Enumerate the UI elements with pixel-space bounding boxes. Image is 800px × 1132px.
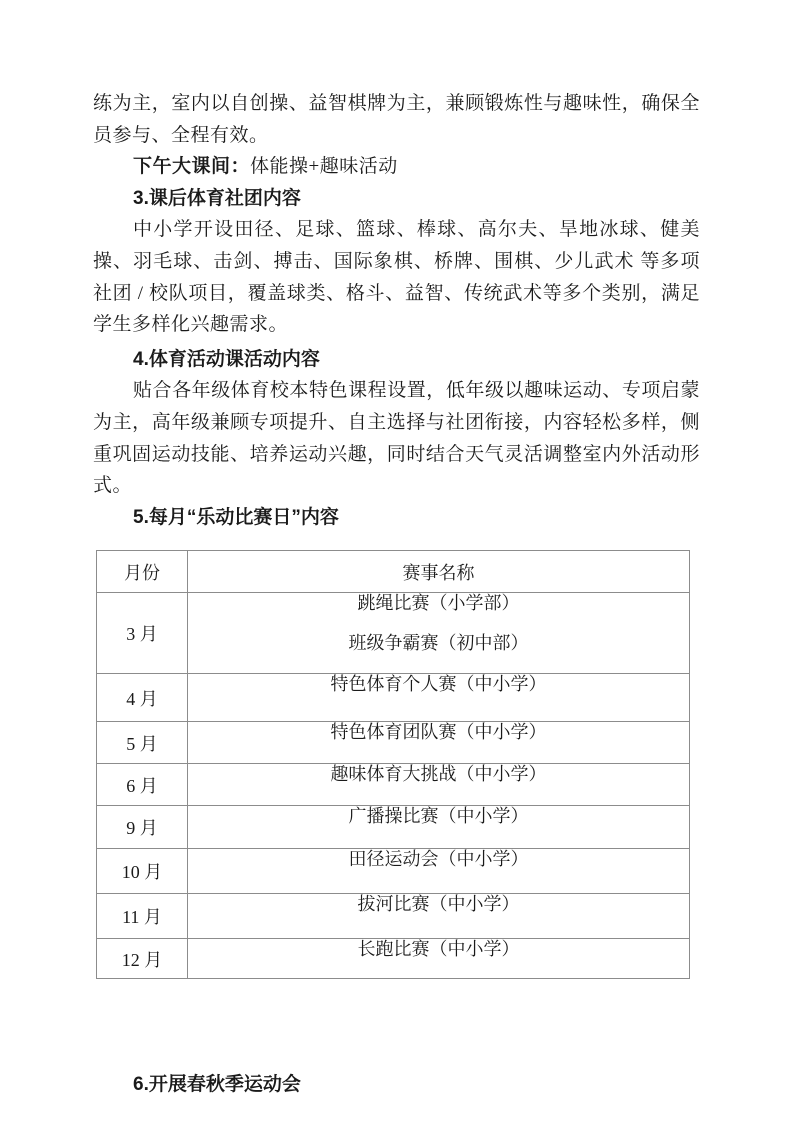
- table-header-event: 赛事名称: [188, 551, 690, 593]
- event-cell: 长跑比赛（中小学）: [188, 939, 690, 979]
- event-name: 特色体育团队赛（中小学）: [188, 722, 689, 742]
- event-cell: 特色体育团队赛（中小学）: [188, 722, 690, 764]
- month-cell: 12 月: [97, 939, 188, 979]
- month-cell: 5 月: [97, 722, 188, 764]
- event-cell: 田径运动会（中小学）: [188, 849, 690, 894]
- event-name: 班级争霸赛（初中部）: [188, 633, 689, 653]
- table-row: 3 月跳绳比赛（小学部）班级争霸赛（初中部）: [97, 593, 690, 674]
- table-row: 11 月拔河比赛（中小学）: [97, 894, 690, 939]
- month-cell: 11 月: [97, 894, 188, 939]
- section-heading-4: 4.体育活动课活动内容: [93, 344, 700, 376]
- table-row: 12 月长跑比赛（中小学）: [97, 939, 690, 979]
- event-name: 拔河比赛（中小学）: [188, 894, 689, 914]
- month-cell: 9 月: [97, 806, 188, 849]
- month-cell: 4 月: [97, 674, 188, 722]
- event-name: 长跑比赛（中小学）: [188, 939, 689, 959]
- event-cell: 趣味体育大挑战（中小学）: [188, 764, 690, 806]
- afternoon-break-line: 下午大课间：体能操+趣味活动: [93, 151, 700, 183]
- document-page: 练为主，室内以自创操、益智棋牌为主，兼顾锻炼性与趣味性，确保全员参与、全程有效。…: [0, 0, 800, 1132]
- section-heading-3: 3.课后体育社团内容: [93, 183, 700, 215]
- table-header-row: 月份 赛事名称: [97, 551, 690, 593]
- section-body-4: 贴合各年级体育校本特色课程设置，低年级以趣味运动、专项启蒙为主，高年级兼顾专项提…: [93, 375, 700, 501]
- event-name: 跳绳比赛（小学部）: [188, 593, 689, 613]
- afternoon-break-label: 下午大课间：: [133, 156, 250, 177]
- table-row: 9 月广播操比赛（中小学）: [97, 806, 690, 849]
- section-heading-5: 5.每月“乐动比赛日”内容: [93, 502, 700, 534]
- monthly-events-table: 月份 赛事名称 3 月跳绳比赛（小学部）班级争霸赛（初中部）4 月特色体育个人赛…: [96, 550, 690, 979]
- event-name: 趣味体育大挑战（中小学）: [188, 764, 689, 784]
- table-row: 10 月田径运动会（中小学）: [97, 849, 690, 894]
- event-cell: 特色体育个人赛（中小学）: [188, 674, 690, 722]
- month-cell: 3 月: [97, 593, 188, 674]
- event-cell: 广播操比赛（中小学）: [188, 806, 690, 849]
- section-body-3: 中小学开设田径、足球、篮球、棒球、高尔夫、旱地冰球、健美操、羽毛球、击剑、搏击、…: [93, 214, 700, 340]
- month-cell: 6 月: [97, 764, 188, 806]
- month-cell: 10 月: [97, 849, 188, 894]
- event-cell: 跳绳比赛（小学部）班级争霸赛（初中部）: [188, 593, 690, 674]
- afternoon-break-content: 体能操+趣味活动: [250, 156, 398, 177]
- table-row: 5 月特色体育团队赛（中小学）: [97, 722, 690, 764]
- event-name: 田径运动会（中小学）: [188, 849, 689, 869]
- continuation-paragraph: 练为主，室内以自创操、益智棋牌为主，兼顾锻炼性与趣味性，确保全员参与、全程有效。: [93, 88, 700, 151]
- table-row: 4 月特色体育个人赛（中小学）: [97, 674, 690, 722]
- event-name: 特色体育个人赛（中小学）: [188, 674, 689, 694]
- table-row: 6 月趣味体育大挑战（中小学）: [97, 764, 690, 806]
- event-name: 广播操比赛（中小学）: [188, 806, 689, 826]
- section-heading-6: 6.开展春秋季运动会: [93, 1069, 700, 1101]
- event-cell: 拔河比赛（中小学）: [188, 894, 690, 939]
- table-header-month: 月份: [97, 551, 188, 593]
